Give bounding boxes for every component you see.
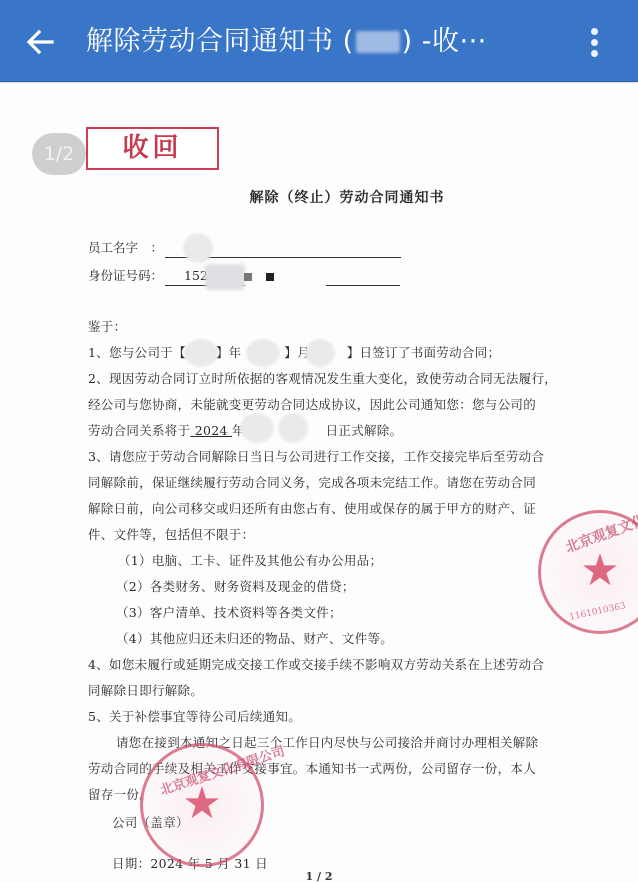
item-5: 5、关于补偿事宜等待公司后续通知。 — [88, 704, 553, 730]
redaction-blur — [240, 413, 274, 443]
preamble: 鉴于： — [88, 314, 553, 340]
redaction-square — [244, 273, 252, 281]
title-prefix: 解除劳动合同通知书 ( — [86, 26, 354, 57]
company-seal-bottom: ★ 北京观复文化有限公司 — [140, 743, 264, 867]
redaction-blur — [305, 339, 335, 367]
page-counter-badge: 1/2 — [32, 133, 86, 175]
subitem-2: （2）各类财务、财务资料及现金的借贷； — [116, 574, 581, 600]
star-icon: ★ — [580, 549, 619, 593]
id-number-label: 身份证号码： — [88, 267, 163, 285]
item-2-line-1: 2、现因劳动合同订立时所依据的客观情况发生重大变化，致使劳动合同无法履行， — [88, 366, 553, 392]
arrow-left-icon — [24, 26, 56, 58]
app-bar: 解除劳动合同通知书 () -收··· — [0, 0, 638, 82]
redaction-blur — [246, 339, 280, 367]
subitem-1: （1）电脑、工卡、证件及其他公有办公用品； — [118, 548, 583, 574]
redaction-blur — [184, 339, 218, 367]
redaction-blur — [278, 413, 308, 443]
employee-name-label: 员工名字 ： — [88, 239, 163, 257]
id-number-row: 身份证号码： — [88, 267, 163, 285]
title-suffix: ) -收··· — [402, 26, 487, 57]
redacted-name — [356, 31, 400, 53]
item-3-line-3: 解除日前，向公司移交或归还所有由您占有、使用或保存的属于甲方的财产、证 — [88, 496, 553, 522]
redacted-employee-name — [183, 233, 213, 263]
employee-name-row: 员工名字 ： — [88, 239, 163, 257]
document-title: 解除劳动合同通知书 () -收··· — [86, 22, 526, 62]
more-vert-icon-dot — [591, 50, 598, 57]
back-button[interactable] — [20, 22, 60, 62]
item-4-line-2: 同解除日即行解除。 — [88, 678, 553, 704]
more-options-button[interactable] — [578, 22, 610, 62]
doc-heading: 解除（终止）劳动合同通知书 — [0, 187, 638, 207]
subitem-4: （4）其他应归还未归还的物品、财产、文件等。 — [116, 626, 581, 652]
more-vert-icon-dot — [591, 28, 598, 35]
termination-year: 2024 — [190, 423, 232, 438]
document-page[interactable]: 1/2 收回 解除（终止）劳动合同通知书 员工名字 ： 身份证号码： 152 鉴… — [0, 83, 638, 883]
more-vert-icon-dot — [591, 39, 598, 46]
subitem-3: （3）客户清单、技术资料等各类文件； — [116, 600, 581, 626]
item-4-line-1: 4、如您未履行或延期完成交接工作或交接手续不影响双方劳动关系在上述劳动合 — [88, 652, 553, 678]
item-3-line-2: 同解除前，保证继续履行劳动合同义务，完成各项未完结工作。请您在劳动合同 — [88, 470, 553, 496]
page-footer-number: 1 / 2 — [0, 870, 638, 883]
recall-button[interactable]: 收回 — [86, 127, 219, 170]
item-2-line-3: 劳动合同关系将于 2024 年月日正式解除。 — [88, 418, 553, 444]
redacted-id-number — [205, 264, 245, 290]
item-2-line-2: 经公司与您协商，未能就变更劳动合同达成协议，因此公司通知您：您与公司的 — [88, 392, 553, 418]
redaction-square — [266, 273, 274, 281]
id-number-underline-end — [326, 285, 400, 286]
item-3-line-4: 件、文件等，包括但不限于： — [88, 522, 553, 548]
item-3-line-1: 3、请您应于劳动合同解除日当日与公司进行工作交接，工作交接完毕后至劳动合 — [88, 444, 553, 470]
